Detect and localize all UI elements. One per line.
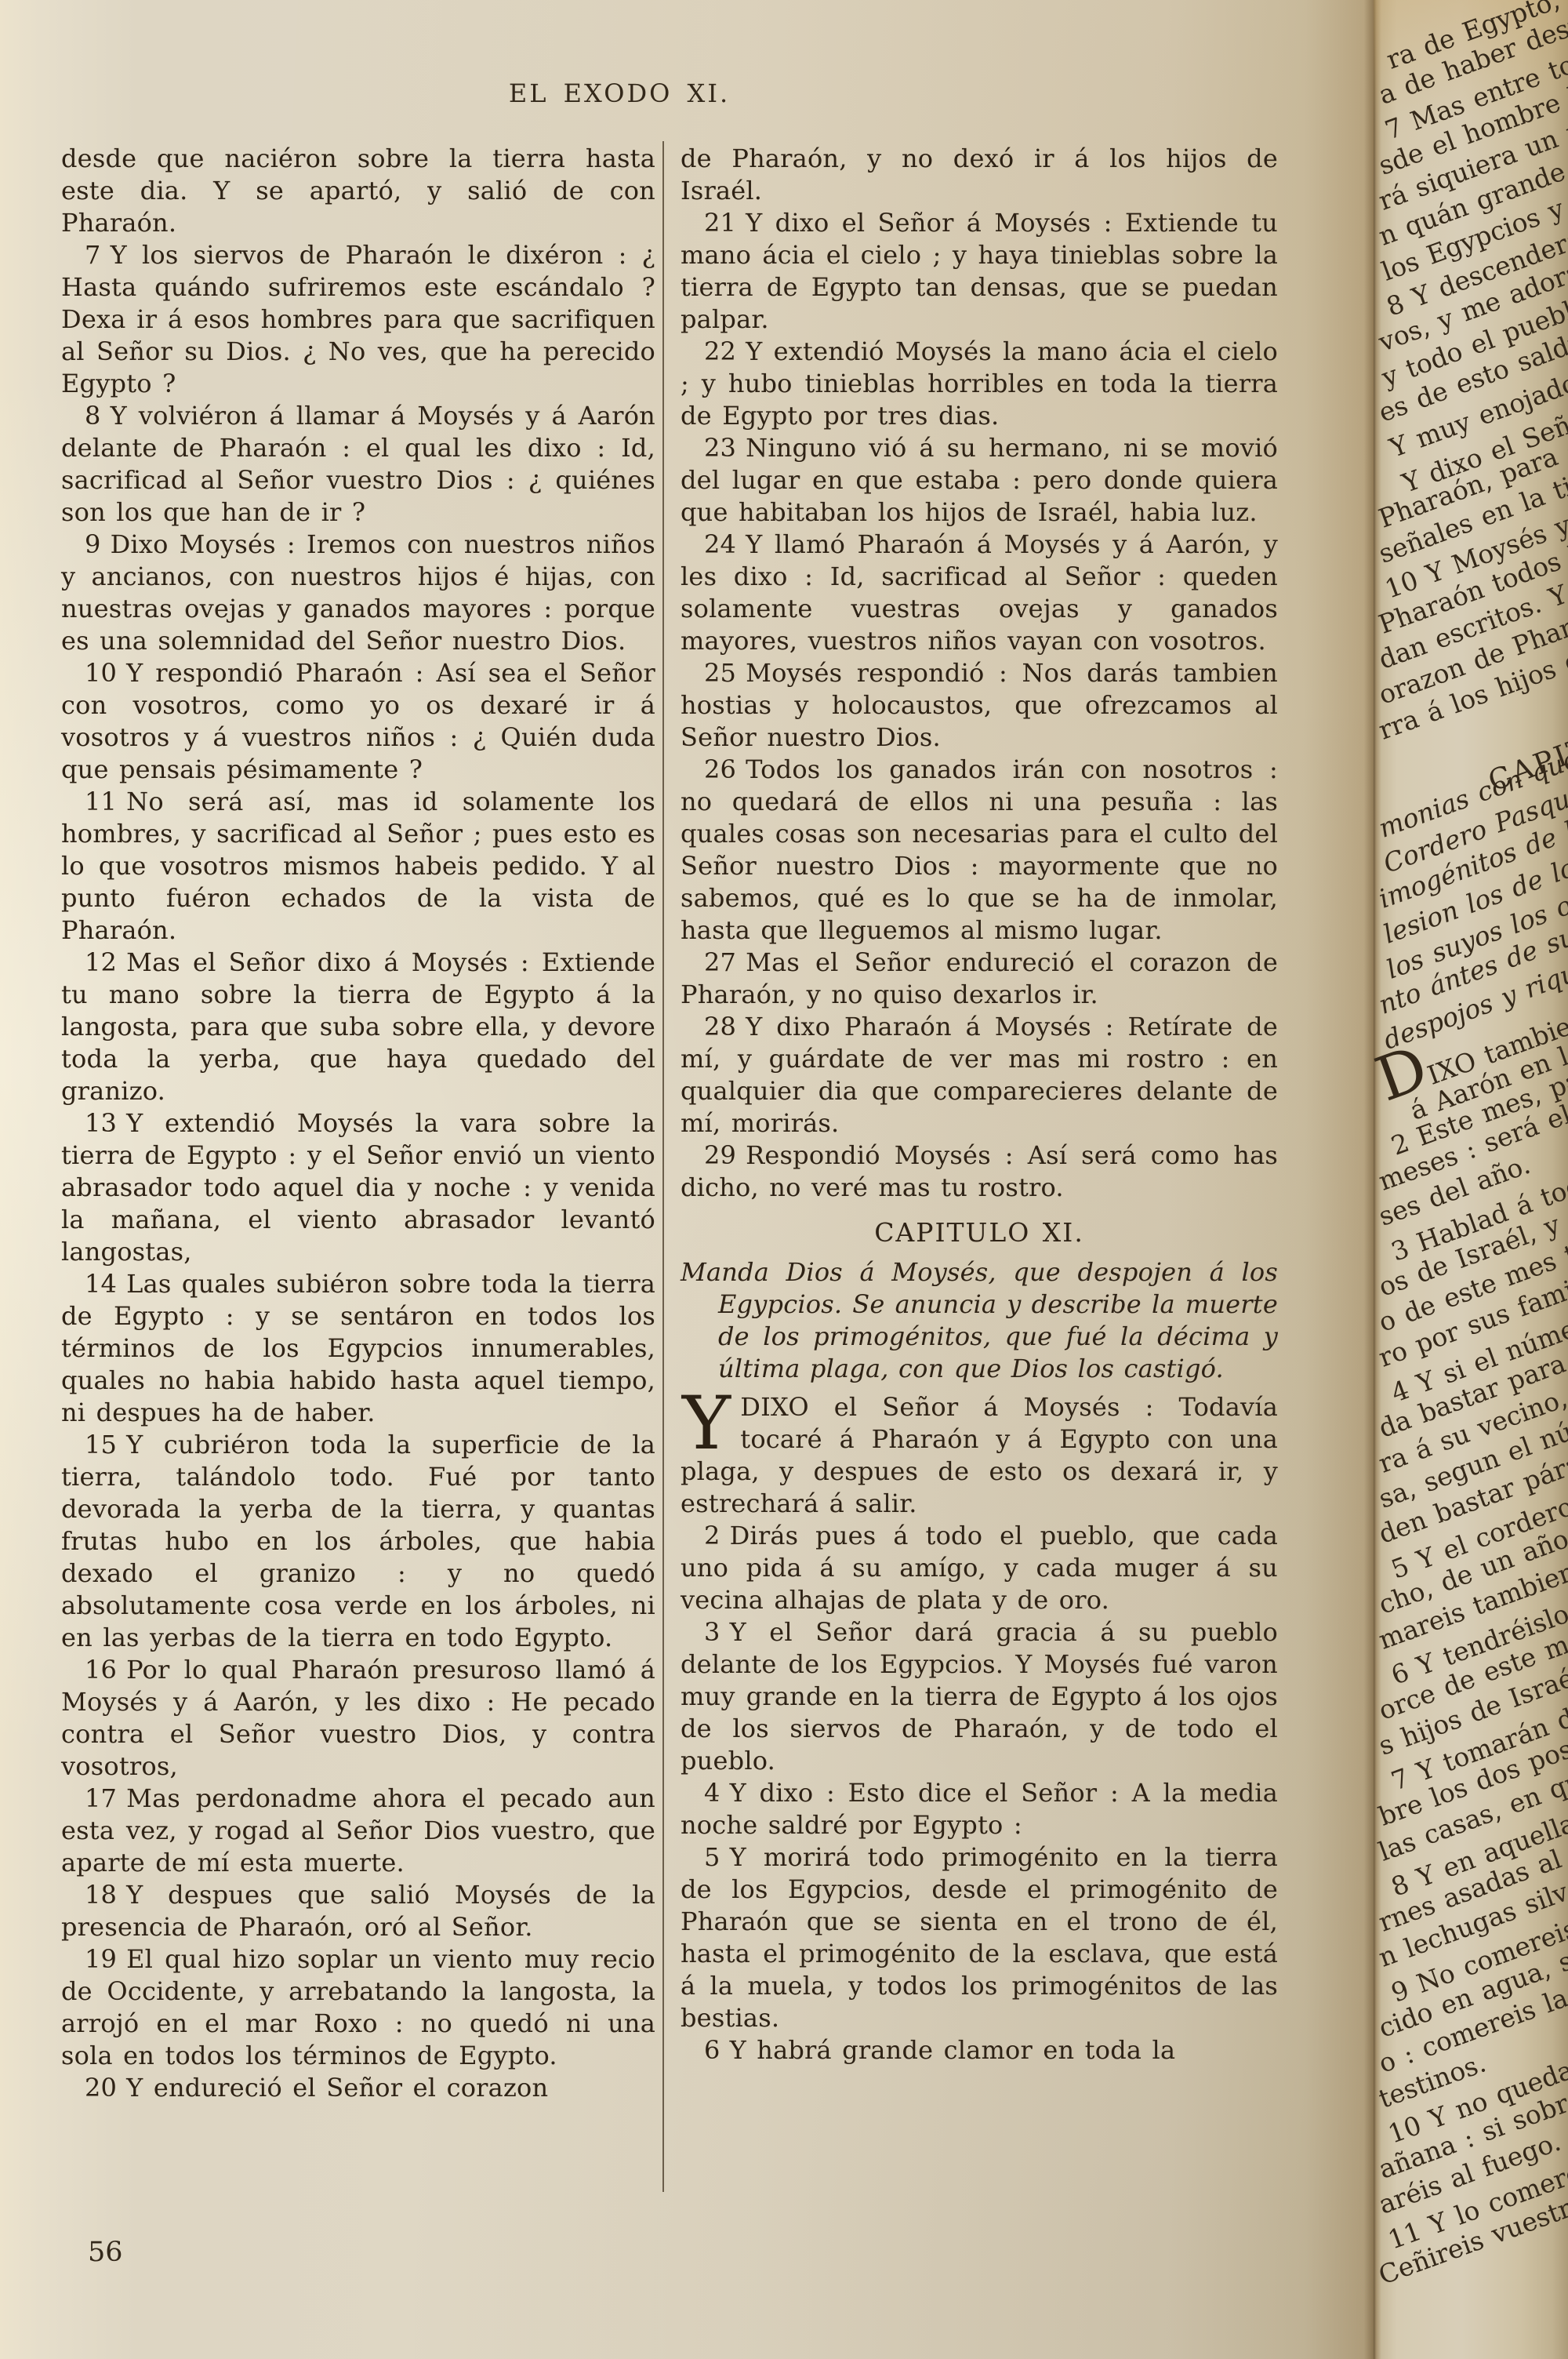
verse-number: 18 <box>85 1880 117 1910</box>
right-column-bottom: 2Dirás pues á todo el pueblo, que cada u… <box>681 1520 1278 2066</box>
right-column-top: de Pharaón, y no dexó ir á los hijos de … <box>681 143 1278 1204</box>
verse-number: 17 <box>85 1783 117 1813</box>
verse-number: 26 <box>704 754 736 784</box>
verse-number: 28 <box>704 1012 736 1041</box>
verse-paragraph: 21Y dixo el Señor á Moysés : Extiende tu… <box>681 207 1278 336</box>
page-header: EL EXODO XI. <box>423 78 815 108</box>
verse-number: 16 <box>85 1655 117 1685</box>
verse-number: 11 <box>85 787 117 816</box>
verse-paragraph: 13Y extendió Moysés la vara sobre la tie… <box>61 1107 655 1268</box>
verse-number: 15 <box>85 1430 117 1459</box>
verse-paragraph: 6Y habrá grande clamor en toda la <box>681 2034 1278 2066</box>
next-page: ra de Egypto, qual nua de haber despues.… <box>1374 0 1568 2359</box>
verse-paragraph: 15Y cubriéron toda la superficie de la t… <box>61 1429 655 1654</box>
left-column: desde que naciéron sobre la tierra hasta… <box>61 143 655 2104</box>
verse-paragraph: 5Y morirá todo primogénito en la tierra … <box>681 1841 1278 2034</box>
verse-paragraph: 10Y respondió Pharaón : Así sea el Señor… <box>61 657 655 786</box>
verse-paragraph: 14Las quales subiéron sobre toda la tier… <box>61 1268 655 1429</box>
verse-number: 14 <box>85 1269 117 1299</box>
verse-paragraph: 27Mas el Señor endureció el corazon de P… <box>681 947 1278 1011</box>
chapter-heading: CAPITULO XI. <box>681 1216 1278 1249</box>
right-column: de Pharaón, y no dexó ir á los hijos de … <box>681 143 1278 2066</box>
verse-paragraph: 8Y volviéron á llamar á Moysés y á Aarón… <box>61 400 655 529</box>
verse-paragraph: 11No será así, mas id solamente los homb… <box>61 786 655 947</box>
verse-paragraph: 9Dixo Moysés : Iremos con nuestros niños… <box>61 529 655 657</box>
verse-paragraph: de Pharaón, y no dexó ir á los hijos de … <box>681 143 1278 207</box>
verse-number: 5 <box>704 1842 720 1872</box>
verse-paragraph: 25Moysés respondió : Nos darás tambien h… <box>681 657 1278 754</box>
verse-paragraph: desde que naciéron sobre la tierra hasta… <box>61 143 655 239</box>
verse-paragraph: YDIXO el Señor á Moysés : Todavía tocaré… <box>681 1391 1278 1520</box>
verse-paragraph: 23Ninguno vió á su hermano, ni se movió … <box>681 432 1278 529</box>
verse-number: 12 <box>85 947 117 977</box>
verse-paragraph: 26Todos los ganados irán con nosotros : … <box>681 754 1278 947</box>
verse-paragraph: 3Y el Señor dará gracia á su pueblo dela… <box>681 1616 1278 1777</box>
chapter-summary: Manda Dios á Moysés, que despojen á los … <box>681 1256 1278 1385</box>
verse-number: 13 <box>85 1108 117 1138</box>
verse-paragraph: 18Y despues que salió Moysés de la prese… <box>61 1879 655 1943</box>
verse-paragraph: 19El qual hizo soplar un viento muy reci… <box>61 1943 655 2072</box>
verse-number: 27 <box>704 947 736 977</box>
verse-number: 23 <box>704 433 736 463</box>
verse-number: 3 <box>704 1617 720 1647</box>
page-number: 56 <box>88 2237 123 2268</box>
verse-paragraph: 20Y endureció el Señor el corazon <box>61 2072 655 2104</box>
verse-number: 19 <box>85 1944 117 1974</box>
book-page: EL EXODO XI. desde que naciéron sobre la… <box>0 0 1374 2359</box>
verse-paragraph: 16Por lo qual Pharaón presuroso llamó á … <box>61 1654 655 1783</box>
verse-number: 6 <box>704 2035 720 2065</box>
verse-number: 22 <box>704 336 736 366</box>
verse-paragraph: 29Respondió Moysés : Así será como has d… <box>681 1140 1278 1204</box>
verse-number: 21 <box>704 208 736 238</box>
drop-cap-text: DIXO el Señor á Moysés : Todavía tocaré … <box>681 1392 1278 1518</box>
column-divider <box>662 141 664 2192</box>
drop-cap-letter: Y <box>681 1391 740 1452</box>
verse-paragraph: 22Y extendió Moysés la mano ácia el ciel… <box>681 336 1278 432</box>
verse-paragraph: 17Mas perdonadme ahora el pecado aun est… <box>61 1783 655 1879</box>
verse-number: 8 <box>85 401 101 431</box>
book-photo: EL EXODO XI. desde que naciéron sobre la… <box>0 0 1568 2359</box>
verse-number: 10 <box>85 658 117 688</box>
verse-paragraph: 2Dirás pues á todo el pueblo, que cada u… <box>681 1520 1278 1616</box>
verse-number: 24 <box>704 529 736 559</box>
verse-number: 7 <box>85 240 101 270</box>
verse-paragraph: 12Mas el Señor dixo á Moysés : Extiende … <box>61 947 655 1107</box>
verse-paragraph: 28Y dixo Pharaón á Moysés : Retírate de … <box>681 1011 1278 1140</box>
verse-number: 9 <box>85 529 101 559</box>
verse-number: 29 <box>704 1140 736 1170</box>
verse-number: 2 <box>704 1521 720 1550</box>
verse-number: 20 <box>85 2073 117 2103</box>
verse-number: 25 <box>704 658 736 688</box>
verse-paragraph: 4Y dixo : Esto dice el Señor : A la medi… <box>681 1777 1278 1841</box>
verse-paragraph: 7Y los siervos de Pharaón le dixéron : ¿… <box>61 239 655 400</box>
verse-number: 4 <box>704 1778 720 1808</box>
verse-paragraph: 24Y llamó Pharaón á Moysés y á Aarón, y … <box>681 529 1278 657</box>
